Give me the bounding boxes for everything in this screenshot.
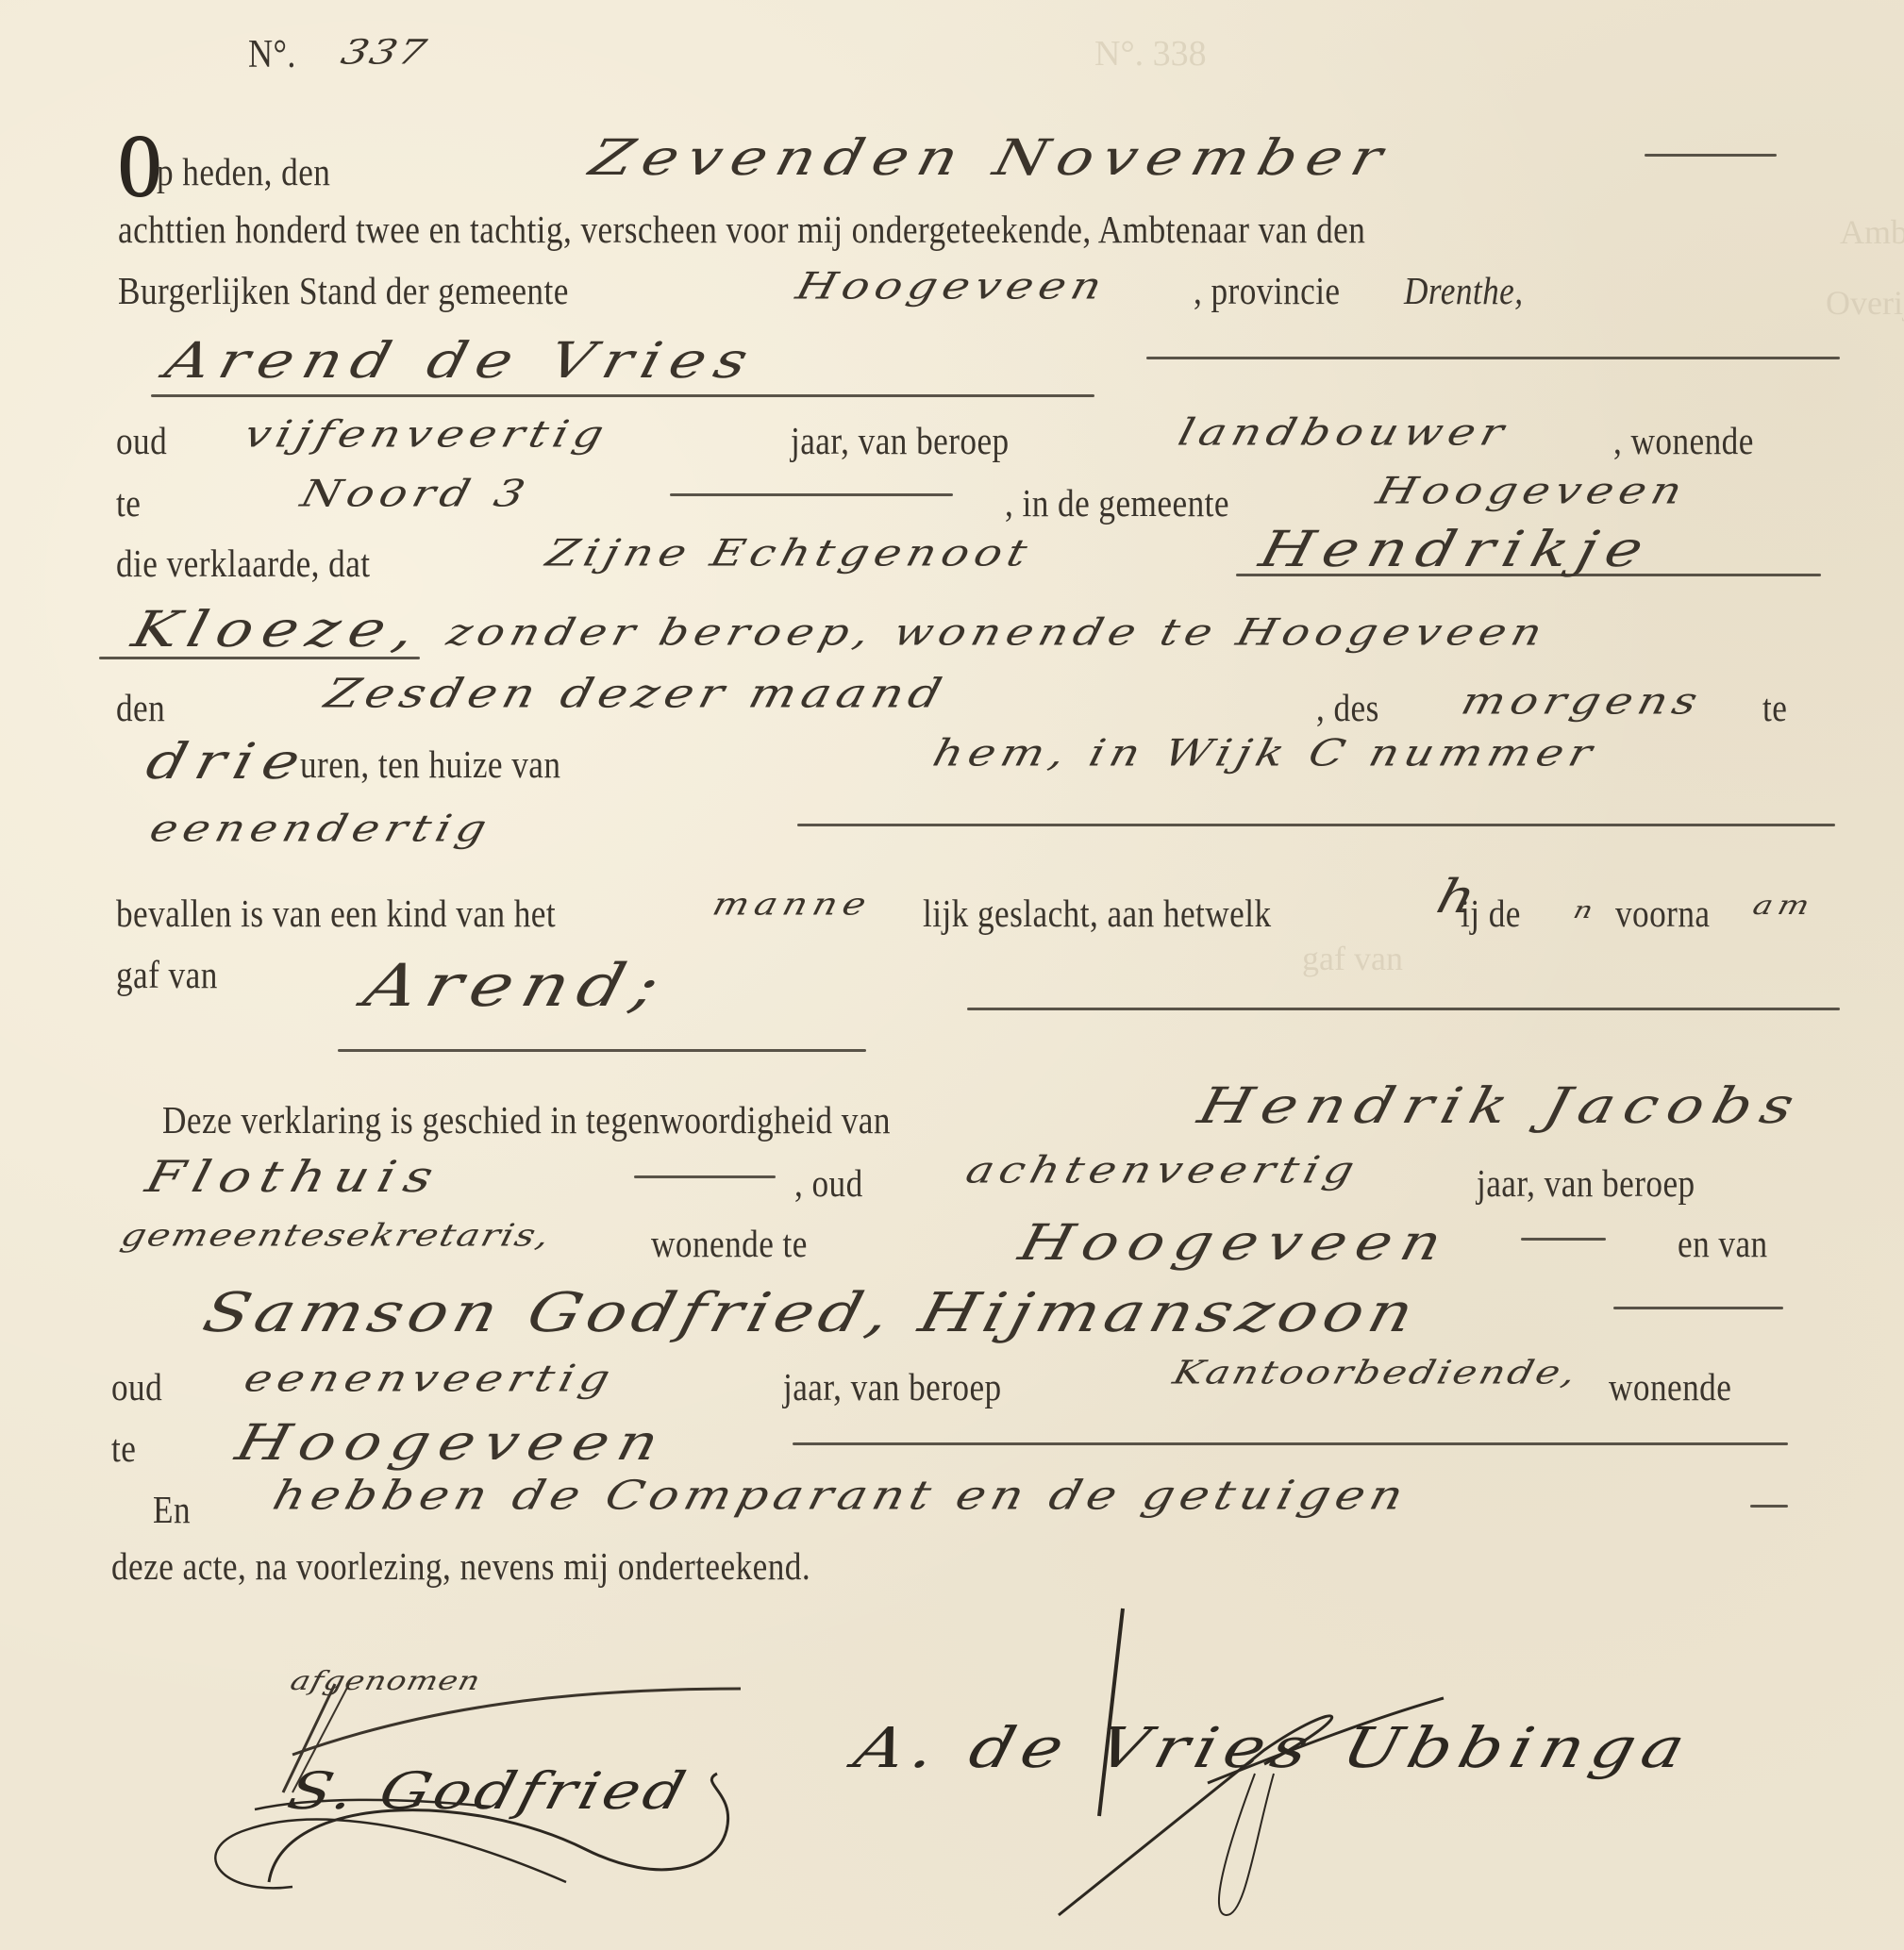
text-in-de-gemeente: , in de gemeente [1005, 484, 1229, 523]
hand-closing: hebben de Comparant en de getuigen [269, 1475, 1412, 1516]
name-underline [1236, 574, 1821, 576]
record-number-label: N°. [248, 35, 296, 75]
text-wonende: , wonende [1613, 422, 1754, 460]
text-provincie-value: Drenthe, [1404, 272, 1524, 310]
text-line-2: achttien honderd twee en tachtig, versch… [118, 210, 1365, 249]
hand-am: am [1750, 892, 1817, 919]
hand-n: n [1571, 899, 1600, 923]
fill-line [1645, 154, 1777, 157]
text-des: , des [1316, 689, 1379, 727]
text-deze-verklaring: Deze verklaring is geschied in tegenwoor… [162, 1101, 891, 1140]
fill-line [967, 1008, 1840, 1010]
hand-child-name: Arend; [359, 957, 675, 1015]
text-closing-printed: deze acte, na voorlezing, nevens mij ond… [111, 1547, 810, 1586]
fill-line [797, 824, 1835, 826]
text-gaf-van: gaf van [116, 956, 218, 994]
text-voorna: voorna [1615, 894, 1710, 933]
text-te: te [116, 484, 141, 523]
hand-mother-details: zonder beroep, wonende te Hoogeveen [443, 614, 1551, 651]
hand-morgens: morgens [1458, 683, 1707, 720]
text-burgerlijken-stand: Burgerlijken Stand der gemeente [118, 272, 569, 310]
hand-date: Zevenden November [585, 134, 1396, 183]
fill-line [793, 1442, 1788, 1445]
hand-birth-place: hem, in Wijk C nummer [929, 735, 1601, 772]
hand-age: vijfenveertig [241, 416, 613, 453]
name-underline [338, 1049, 866, 1052]
text-wonende-te: wonende te [651, 1225, 808, 1263]
text-bevallen: bevallen is van een kind van het [116, 894, 556, 933]
name-underline [151, 394, 1094, 397]
text-ij-de: ij de [1461, 894, 1521, 933]
text-te-3: te [111, 1429, 136, 1468]
bleed-through-number: N°. 338 [1094, 33, 1207, 75]
hand-witness1-name: Hendrik Jacobs [1194, 1082, 1808, 1131]
hand-gemeente: Hoogeveen [793, 268, 1111, 305]
fill-line [1613, 1307, 1783, 1309]
hand-birth-day: Zesden dezer maand [321, 674, 951, 714]
hand-sex: manne [710, 889, 875, 920]
text-en-van: en van [1678, 1225, 1768, 1263]
hand-witness2-place: Hoogeveen [231, 1419, 673, 1468]
text-oud-3: oud [111, 1368, 162, 1407]
fill-line [1521, 1238, 1606, 1241]
text-en: En [153, 1491, 191, 1529]
hand-hour: drie [142, 738, 314, 787]
text-provincie: , provincie [1194, 272, 1341, 310]
fill-line [1750, 1505, 1788, 1508]
text-jaar-beroep: jaar, van beroep [791, 422, 1010, 460]
text-den: den [116, 689, 165, 727]
hand-mother-surname: Kloeze, [127, 606, 429, 655]
text-die-verklaarde: die verklaarde, dat [116, 544, 371, 583]
hand-witness2-age: eenenveertig [241, 1360, 619, 1397]
bleed-through-fragment: Ambt [1840, 212, 1904, 252]
text-op-heden: p heden, den [157, 153, 330, 192]
hand-echtgenoot: Zijne Echtgenoot [543, 535, 1036, 572]
fill-line [670, 493, 953, 496]
hand-beroep: landbouwer [1175, 414, 1512, 451]
hand-witness1-place: Hoogeveen [1014, 1219, 1456, 1268]
text-jaar-beroep-2: jaar, van beroep [1477, 1164, 1695, 1203]
signature-witness: S. Godfried [283, 1766, 693, 1817]
bleed-through-fragment: Overijs [1826, 283, 1904, 323]
fill-line [1146, 357, 1840, 359]
text-jaar-beroep-3: jaar, van beroep [783, 1368, 1002, 1407]
text-geslacht: lijk geslacht, aan hetwelk [923, 894, 1272, 933]
text-wonende-3: wonende [1609, 1368, 1731, 1407]
hand-adres: Noord 3 [297, 475, 534, 512]
signature-declarant-registrar: A. de Vries Ubbinga [849, 1720, 1697, 1775]
hand-witness1-age: achtenveertig [962, 1152, 1363, 1189]
bleed-through-fragment: gaf van [1302, 939, 1403, 978]
hand-witness2-name: Samson Godfried, Hijmanszoon [198, 1286, 1425, 1340]
name-underline [99, 657, 420, 659]
hand-witness1-surname: Flothuis [142, 1156, 446, 1199]
text-oud: oud [116, 422, 167, 460]
hand-witness1-beroep: gemeentesekretaris, [118, 1220, 555, 1251]
record-number-value: 337 [338, 36, 431, 70]
hand-mother-firstname: Hendrikje [1255, 525, 1658, 575]
hand-house-number: eenendertig [146, 810, 495, 847]
text-te-2: te [1762, 689, 1787, 727]
text-oud-2: , oud [794, 1164, 863, 1203]
fill-line [634, 1175, 776, 1178]
hand-declarant-name: Arend de Vries [160, 337, 761, 386]
annotation-scrawl: afgenomen [288, 1668, 483, 1694]
text-uren-ten-huize: uren, ten huize van [300, 745, 560, 784]
hand-gemeente-2: Hoogeveen [1373, 473, 1691, 509]
drop-cap: O [118, 121, 161, 211]
provincie-drenthe: Drenthe, [1404, 269, 1524, 312]
hand-witness2-beroep: Kantoorbediende, [1170, 1357, 1582, 1389]
